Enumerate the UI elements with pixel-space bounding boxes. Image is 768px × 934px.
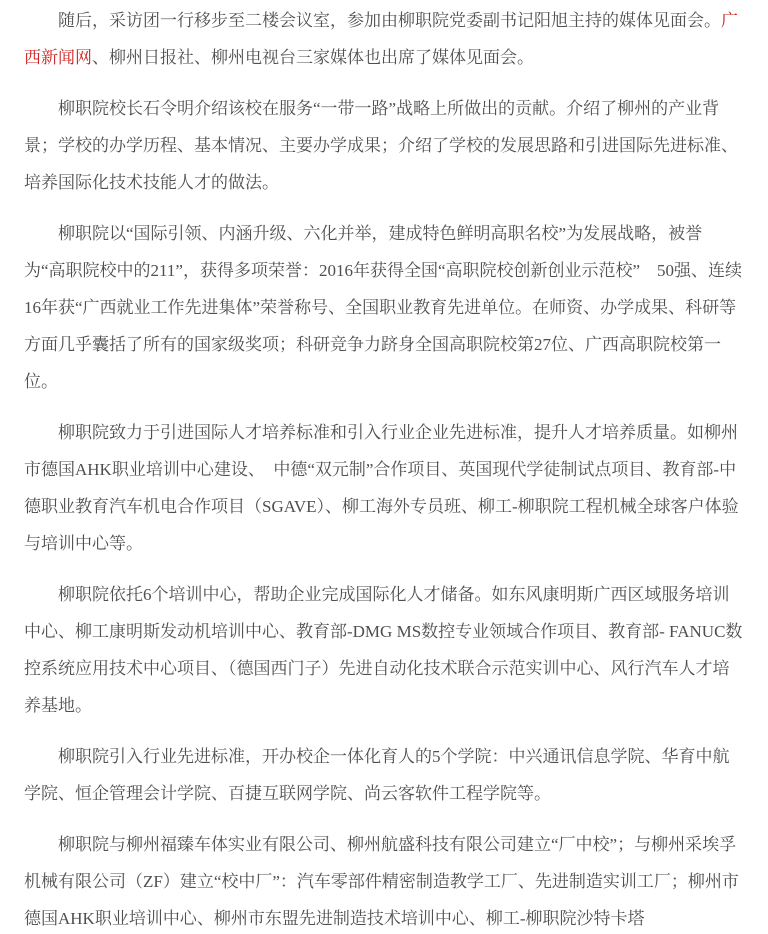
paragraph-text: 柳职院以“国际引领、内涵升级、六化并举，建成特色鲜明高职名校”为发展战略，被誉为… (24, 224, 742, 391)
paragraph: 柳职院依托6个培训中心，帮助企业完成国际化人才储备。如东风康明斯广西区域服务培训… (24, 576, 743, 724)
paragraph: 柳职院引入行业先进标准，开办校企一体化育人的5个学院：中兴通讯信息学院、华育中航… (24, 738, 743, 812)
paragraph-text: 柳职院致力于引进国际人才培养标准和引入行业企业先进标准，提升人才培养质量。如柳州… (24, 423, 739, 553)
paragraph-text: 随后，采访团一行移步至二楼会议室，参加由柳职院党委副书记阳旭主持的媒体见面会。 (58, 11, 721, 30)
paragraph: 随后，采访团一行移步至二楼会议室，参加由柳职院党委副书记阳旭主持的媒体见面会。广… (24, 2, 743, 76)
paragraph-text: 、柳州日报社、柳州电视台三家媒体也出席了媒体见面会。 (92, 48, 534, 67)
paragraph-text: 柳职院与柳州福臻车体实业有限公司、柳州航盛科技有限公司建立“厂中校”；与柳州采埃… (24, 835, 739, 928)
paragraph: 柳职院与柳州福臻车体实业有限公司、柳州航盛科技有限公司建立“厂中校”；与柳州采埃… (24, 826, 743, 934)
paragraph: 柳职院致力于引进国际人才培养标准和引入行业企业先进标准，提升人才培养质量。如柳州… (24, 414, 743, 562)
article-body: 随后，采访团一行移步至二楼会议室，参加由柳职院党委副书记阳旭主持的媒体见面会。广… (24, 2, 743, 934)
paragraph-text: 柳职院校长石令明介绍该校在服务“一带一路”战略上所做出的贡献。介绍了柳州的产业背… (24, 99, 738, 192)
article-page: 随后，采访团一行移步至二楼会议室，参加由柳职院党委副书记阳旭主持的媒体见面会。广… (0, 0, 768, 934)
paragraph-text: 柳职院引入行业先进标准，开办校企一体化育人的5个学院：中兴通讯信息学院、华育中航… (24, 747, 730, 803)
paragraph: 柳职院校长石令明介绍该校在服务“一带一路”战略上所做出的贡献。介绍了柳州的产业背… (24, 90, 743, 201)
paragraph-text: 柳职院依托6个培训中心，帮助企业完成国际化人才储备。如东风康明斯广西区域服务培训… (24, 585, 742, 715)
paragraph: 柳职院以“国际引领、内涵升级、六化并举，建成特色鲜明高职名校”为发展战略，被誉为… (24, 215, 743, 400)
